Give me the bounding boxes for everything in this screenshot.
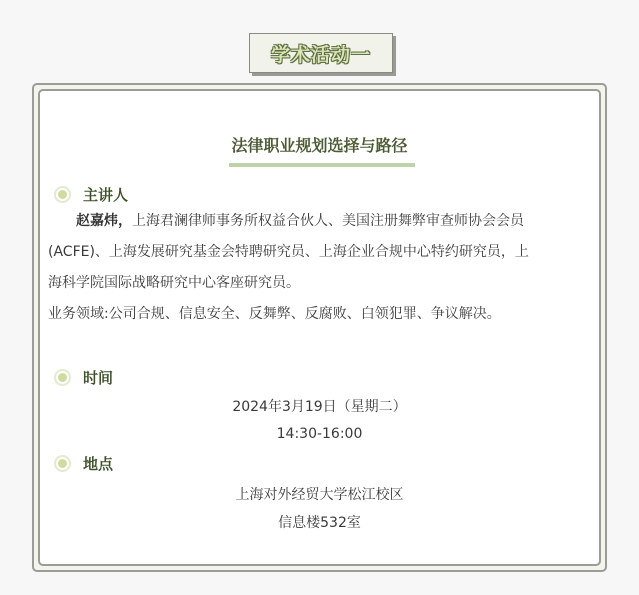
event-room: 信息楼532室 xyxy=(40,512,599,532)
content-card: 法律职业规划选择与路径 主讲人 赵嘉炜，上海君澜律师事务所权益合伙人、美国注册舞… xyxy=(38,89,601,566)
activity-badge-label: 学术活动一 xyxy=(271,40,371,67)
location-section-header: 地点 xyxy=(54,453,113,474)
bullet-circle-icon xyxy=(54,186,71,203)
speaker-bio-line2: (ACFE)、上海发展研究基金会特聘研究员、上海企业合规中心特约研究员，上 xyxy=(48,237,598,268)
event-campus: 上海对外经贸大学松江校区 xyxy=(40,484,599,504)
speaker-section-header: 主讲人 xyxy=(54,184,128,205)
speaker-name: 赵嘉炜 xyxy=(76,213,118,229)
speaker-bio-line3: 海科学院国际战略研究中心客座研究员。 xyxy=(48,268,598,299)
location-label: 地点 xyxy=(83,453,113,474)
time-label: 时间 xyxy=(83,367,113,388)
outer-frame: 法律职业规划选择与路径 主讲人 赵嘉炜，上海君澜律师事务所权益合伙人、美国注册舞… xyxy=(32,83,607,572)
speaker-label: 主讲人 xyxy=(83,184,128,205)
speaker-fields: 业务领域:公司合规、信息安全、反舞弊、反腐败、白领犯罪、争议解决。 xyxy=(48,299,598,330)
event-date: 2024年3月19日（星期二） xyxy=(40,396,599,416)
title-underline xyxy=(229,163,415,167)
speaker-bio: 赵嘉炜，上海君澜律师事务所权益合伙人、美国注册舞弊审查师协会会员 (ACFE)、… xyxy=(48,206,598,330)
time-section-header: 时间 xyxy=(54,367,113,388)
bullet-circle-icon xyxy=(54,455,71,472)
activity-badge: 学术活动一 xyxy=(249,33,393,73)
speaker-bio-line1: 上海君澜律师事务所权益合伙人、美国注册舞弊审查师协会会员 xyxy=(132,213,524,229)
event-title: 法律职业规划选择与路径 xyxy=(40,133,599,156)
event-hours: 14:30-16:00 xyxy=(40,426,599,442)
bullet-circle-icon xyxy=(54,369,71,386)
